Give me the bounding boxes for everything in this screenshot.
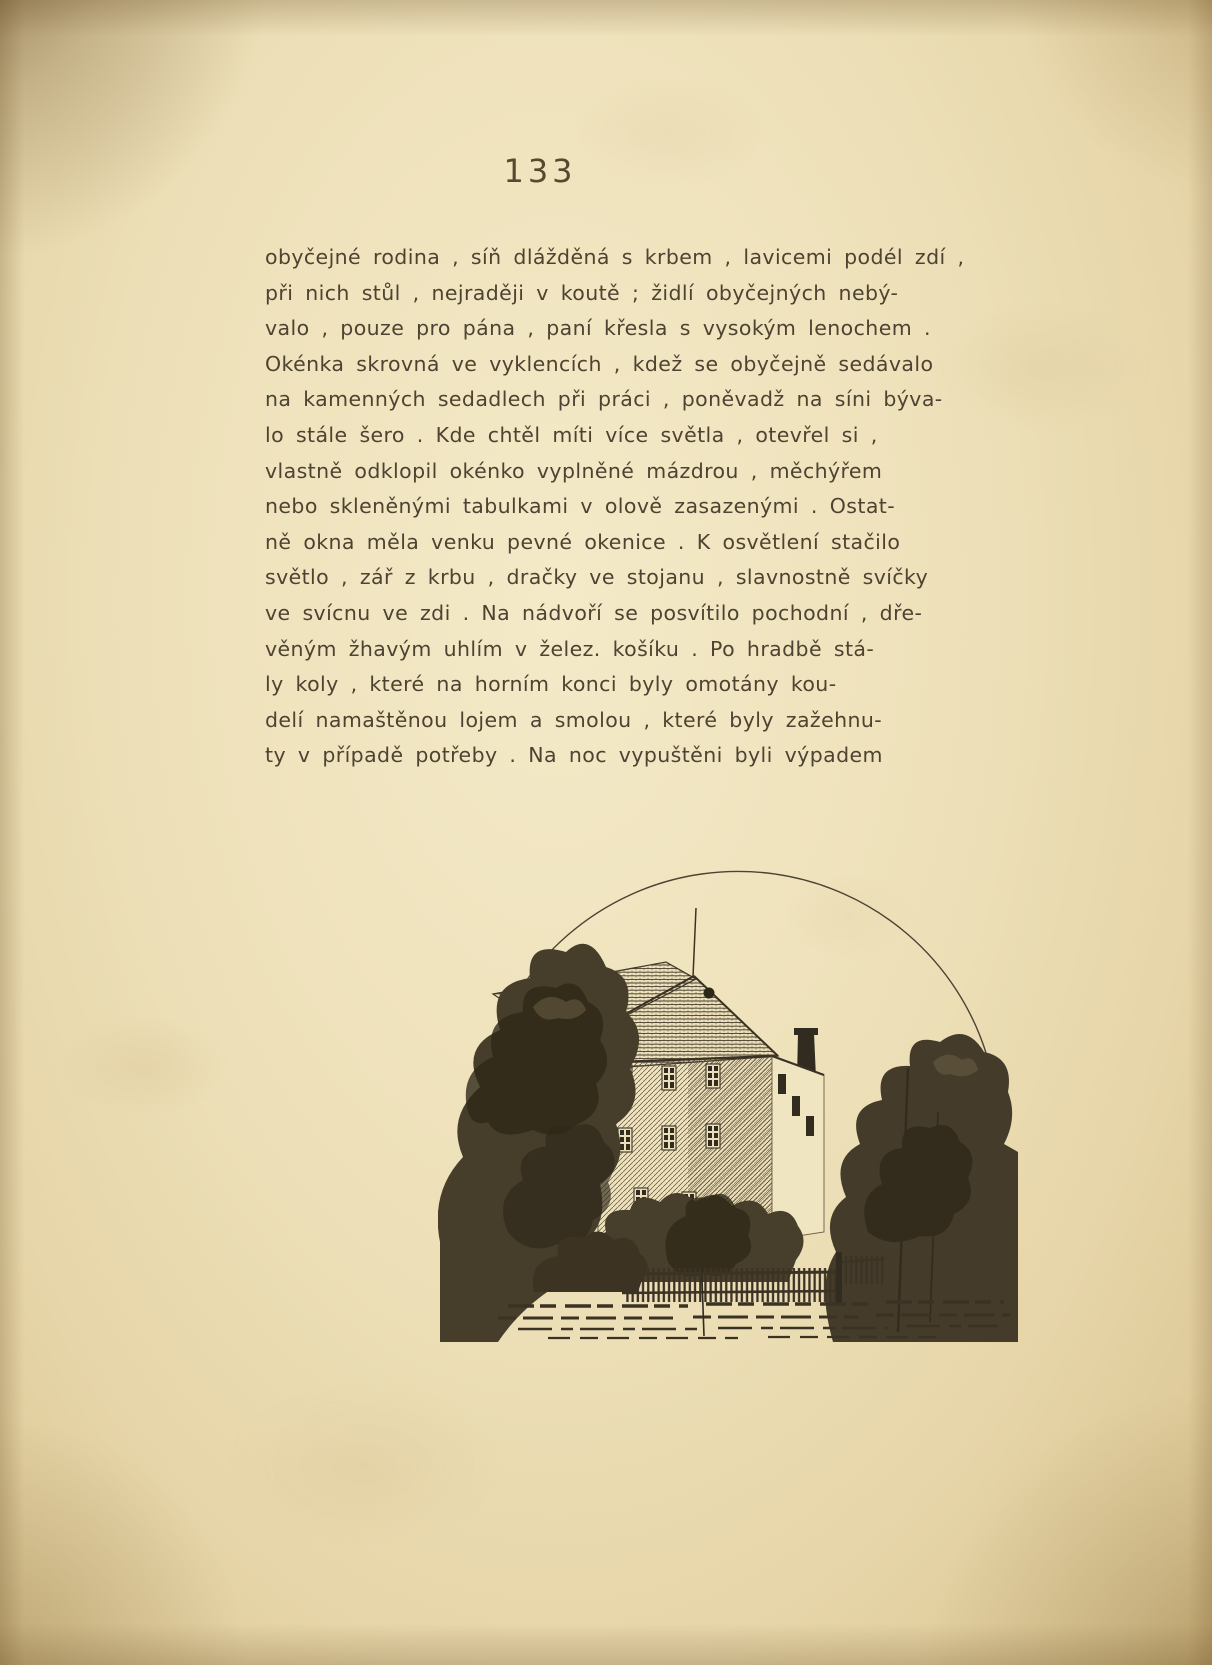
text-line: ně okna měla venku pevné okenice . K osv… [265, 525, 955, 561]
handwritten-text-block: obyčejné rodina , síň dlážděná s krbem ,… [265, 240, 955, 774]
manor-house-drawing [438, 812, 1018, 1342]
text-line: vlastně odklopil okénko vyplněné mázdrou… [265, 454, 955, 490]
text-line: valo , pouze pro pána , paní křesla s vy… [265, 311, 955, 347]
text-line: obyčejné rodina , síň dlážděná s krbem ,… [265, 240, 955, 276]
manor-house-illustration [438, 812, 1018, 1344]
text-line: při nich stůl , nejraději v koutě ; židl… [265, 276, 955, 312]
text-line: ty v případě potřeby . Na noc vypuštěni … [265, 738, 955, 774]
page-number: 133 [470, 152, 610, 190]
text-line: světlo , zář z krbu , dračky ve stojanu … [265, 560, 955, 596]
text-line: delí namaštěnou lojem a smolou , které b… [265, 703, 955, 739]
text-line: ly koly , které na horním konci byly omo… [265, 667, 955, 703]
text-line: ve svícnu ve zdi . Na nádvoří se posvíti… [265, 596, 955, 632]
manuscript-page: 133 obyčejné rodina , síň dlážděná s krb… [0, 0, 1212, 1665]
text-line: na kamenných sedadlech při práci , poněv… [265, 382, 955, 418]
text-line: nebo skleněnými tabulkami v olově zasaze… [265, 489, 955, 525]
text-line: Okénka skrovná ve vyklencích , kdež se o… [265, 347, 955, 383]
right-trees [825, 1034, 1018, 1342]
text-line: věným žhavým uhlím v želez. košíku . Po … [265, 632, 955, 668]
text-line: lo stále šero . Kde chtěl míti více svět… [265, 418, 955, 454]
